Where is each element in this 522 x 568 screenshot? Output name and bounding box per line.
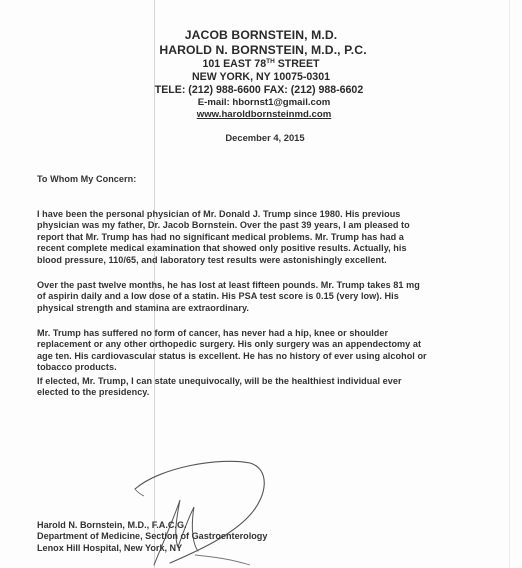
paragraph-line: If elected, Mr. Trump, I can state unequ… (37, 376, 487, 387)
paragraph-line: tobacco products. (37, 362, 487, 373)
paragraph-line: report that Mr. Trump has had no signifi… (37, 232, 487, 243)
paragraph-1: I have been the personal physician of Mr… (37, 209, 487, 266)
letterhead-website-link: www.haroldbornsteinmd.com (6, 109, 522, 121)
paragraph-line: I have been the personal physician of Mr… (37, 209, 487, 220)
street-name: STREET (275, 58, 320, 70)
letterhead-city: NEW YORK, NY 10075-0301 (0, 71, 522, 84)
letter-page: JACOB BORNSTEIN, M.D. HAROLD N. BORNSTEI… (0, 0, 522, 568)
street-number: 101 EAST 78 (202, 58, 266, 70)
paragraph-3: Mr. Trump has suffered no form of cancer… (37, 328, 487, 374)
signatory-department: Department of Medicine, Section of Gastr… (37, 531, 267, 542)
letterhead-name-jacob: JACOB BORNSTEIN, M.D. (0, 28, 522, 43)
signatory-name: Harold N. Bornstein, M.D., F.A.C.G. (37, 520, 267, 531)
letterhead-street-address: 101 EAST 78TH STREET (0, 58, 522, 71)
paragraph-line: replacement or any other orthopedic surg… (37, 339, 487, 350)
paragraph-line: elected to the presidency. (37, 387, 487, 398)
paragraph-line: age ten. His cardiovascular status is ex… (37, 351, 487, 362)
ordinal-suffix: TH (266, 58, 275, 65)
paragraph-line: Mr. Trump has suffered no form of cancer… (37, 328, 487, 339)
paragraph-line: of aspirin daily and a low dose of a sta… (37, 291, 487, 302)
paragraph-2: Over the past twelve months, he has lost… (37, 280, 487, 314)
letterhead-name-harold: HAROLD N. BORNSTEIN, M.D., P.C. (4, 43, 522, 58)
signatory-location: Lenox Hill Hospital, New York, NY (37, 543, 267, 554)
letterhead: JACOB BORNSTEIN, M.D. HAROLD N. BORNSTEI… (0, 28, 522, 121)
letterhead-phone-fax: TELE: (212) 988-6600 FAX: (212) 988-6602 (0, 84, 522, 97)
salutation: To Whom My Concern: (37, 174, 487, 185)
paragraph-4: If elected, Mr. Trump, I can state unequ… (37, 376, 487, 399)
paragraph-line: blood pressure, 110/65, and laboratory t… (37, 255, 487, 266)
paragraph-line: recent complete medical examination that… (37, 243, 487, 254)
paragraph-line: Over the past twelve months, he has lost… (37, 280, 487, 291)
letterhead-email: E-mail: hbornst1@gmail.com (6, 97, 522, 109)
signature-block: Harold N. Bornstein, M.D., F.A.C.G. Depa… (37, 520, 267, 554)
letter-date: December 4, 2015 (0, 132, 522, 143)
paragraph-line: physical strength and stamina are extrao… (37, 303, 487, 314)
paragraph-line: physician was my father, Dr. Jacob Borns… (37, 220, 487, 231)
